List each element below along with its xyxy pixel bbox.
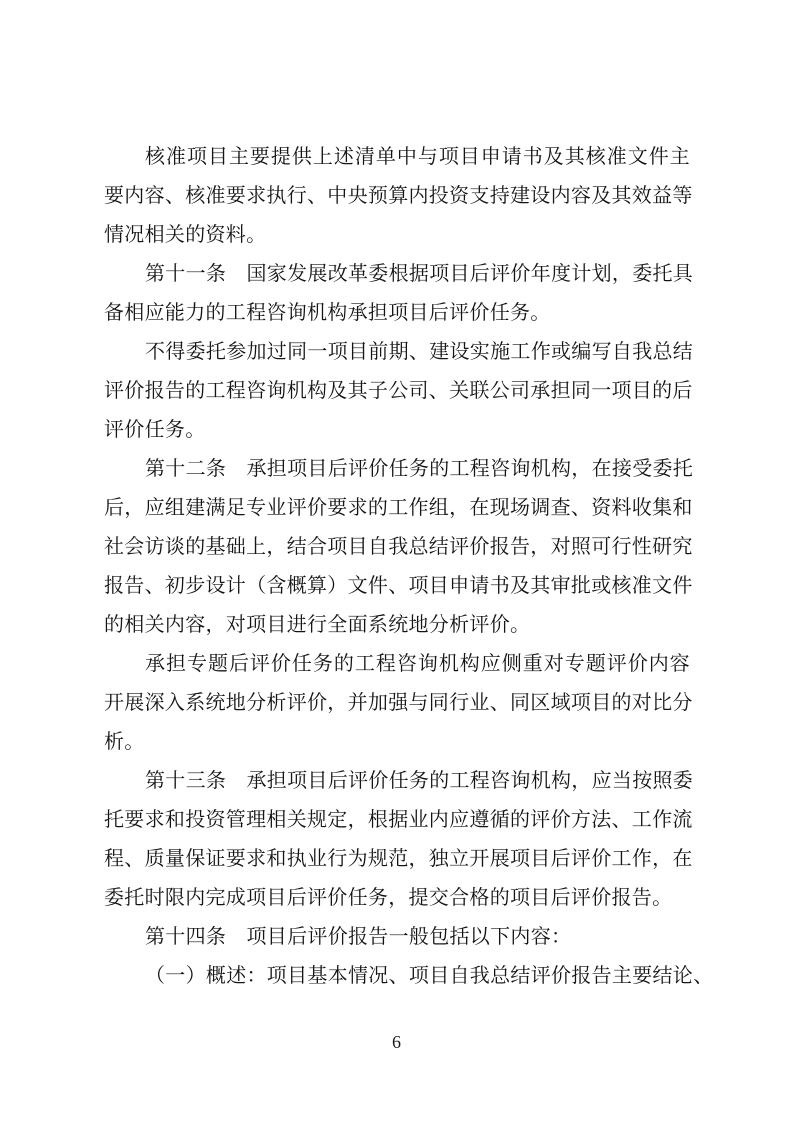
text-line: 第十四条 项目后评价报告一般包括以下内容： — [104, 918, 690, 957]
paragraph: 第十四条 项目后评价报告一般包括以下内容： — [104, 918, 690, 957]
text-line: 后，应组建满足专业评价要求的工作组，在现场调查、资料收集和 — [104, 489, 690, 528]
text-line: 承担专题后评价任务的工程咨询机构应侧重对专题评价内容 — [104, 645, 690, 684]
paragraph: 承担专题后评价任务的工程咨询机构应侧重对专题评价内容开展深入系统地分析评价，并加… — [104, 645, 690, 762]
text-line: 的相关内容，对项目进行全面系统地分析评价。 — [104, 606, 690, 645]
text-line: 程、质量保证要求和执业行为规范，独立开展项目后评价工作，在 — [104, 840, 690, 879]
text-line: 析。 — [104, 723, 690, 762]
text-line: 社会访谈的基础上，结合项目自我总结评价报告，对照可行性研究 — [104, 528, 690, 567]
text-line: （一）概述：项目基本情况、项目自我总结评价报告主要结论、 — [104, 957, 690, 996]
document-body: 核准项目主要提供上述清单中与项目申请书及其核准文件主要内容、核准要求执行、中央预… — [104, 138, 690, 996]
text-line: 第十三条 承担项目后评价任务的工程咨询机构，应当按照委 — [104, 762, 690, 801]
text-line: 开展深入系统地分析评价，并加强与同行业、同区域项目的对比分 — [104, 684, 690, 723]
document-page: 核准项目主要提供上述清单中与项目申请书及其核准文件主要内容、核准要求执行、中央预… — [0, 0, 793, 1122]
paragraph: 不得委托参加过同一项目前期、建设实施工作或编写自我总结评价报告的工程咨询机构及其… — [104, 333, 690, 450]
paragraph: 核准项目主要提供上述清单中与项目申请书及其核准文件主要内容、核准要求执行、中央预… — [104, 138, 690, 255]
text-line: 评价报告的工程咨询机构及其子公司、关联公司承担同一项目的后 — [104, 372, 690, 411]
text-line: 备相应能力的工程咨询机构承担项目后评价任务。 — [104, 294, 690, 333]
paragraph: 第十一条 国家发展改革委根据项目后评价年度计划，委托具备相应能力的工程咨询机构承… — [104, 255, 690, 333]
text-line: 第十一条 国家发展改革委根据项目后评价年度计划，委托具 — [104, 255, 690, 294]
text-line: 不得委托参加过同一项目前期、建设实施工作或编写自我总结 — [104, 333, 690, 372]
text-line: 核准项目主要提供上述清单中与项目申请书及其核准文件主 — [104, 138, 690, 177]
paragraph: （一）概述：项目基本情况、项目自我总结评价报告主要结论、 — [104, 957, 690, 996]
text-line: 评价任务。 — [104, 411, 690, 450]
text-line: 要内容、核准要求执行、中央预算内投资支持建设内容及其效益等 — [104, 177, 690, 216]
text-line: 托要求和投资管理相关规定，根据业内应遵循的评价方法、工作流 — [104, 801, 690, 840]
page-number: 6 — [0, 1032, 793, 1053]
text-line: 第十二条 承担项目后评价任务的工程咨询机构，在接受委托 — [104, 450, 690, 489]
text-line: 情况相关的资料。 — [104, 216, 690, 255]
text-line: 报告、初步设计（含概算）文件、项目申请书及其审批或核准文件 — [104, 567, 690, 606]
text-line: 委托时限内完成项目后评价任务，提交合格的项目后评价报告。 — [104, 879, 690, 918]
paragraph: 第十二条 承担项目后评价任务的工程咨询机构，在接受委托后，应组建满足专业评价要求… — [104, 450, 690, 645]
paragraph: 第十三条 承担项目后评价任务的工程咨询机构，应当按照委托要求和投资管理相关规定，… — [104, 762, 690, 918]
